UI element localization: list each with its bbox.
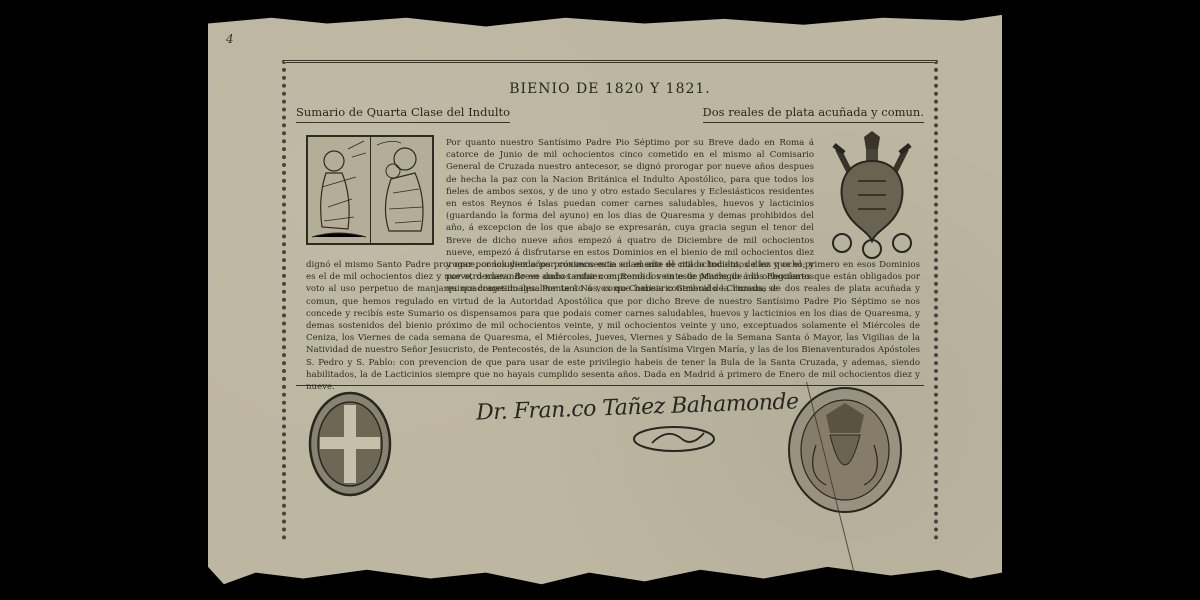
papal-coat-of-arms-icon	[828, 131, 916, 261]
woodcut-panel-right	[371, 137, 433, 243]
corner-number: 4	[226, 32, 234, 46]
document-class: Sumario de Quarta Clase del Indulto	[296, 105, 510, 123]
cross-seal-icon	[308, 391, 392, 497]
official-signature: Dr. Fran.co Tañez Bahamonde	[476, 389, 799, 425]
signature-rubric-icon	[632, 425, 716, 453]
document-title: BIENIO DE 1820 Y 1821.	[286, 81, 934, 97]
indulgence-text-continued: dignó el mismo Santo Padre prorogar por …	[306, 259, 920, 393]
document-price: Dos reales de plata acuñada y comun.	[703, 105, 924, 123]
document-sheet: 4 BIENIO DE 1820 Y 1821. Sumario de Quar…	[208, 12, 1002, 590]
ornamental-frame: BIENIO DE 1820 Y 1821. Sumario de Quarta…	[282, 60, 938, 540]
religious-scene-woodcut-icon	[306, 135, 434, 245]
woodcut-panel-left	[308, 137, 371, 243]
episcopal-seal-icon	[786, 385, 904, 515]
